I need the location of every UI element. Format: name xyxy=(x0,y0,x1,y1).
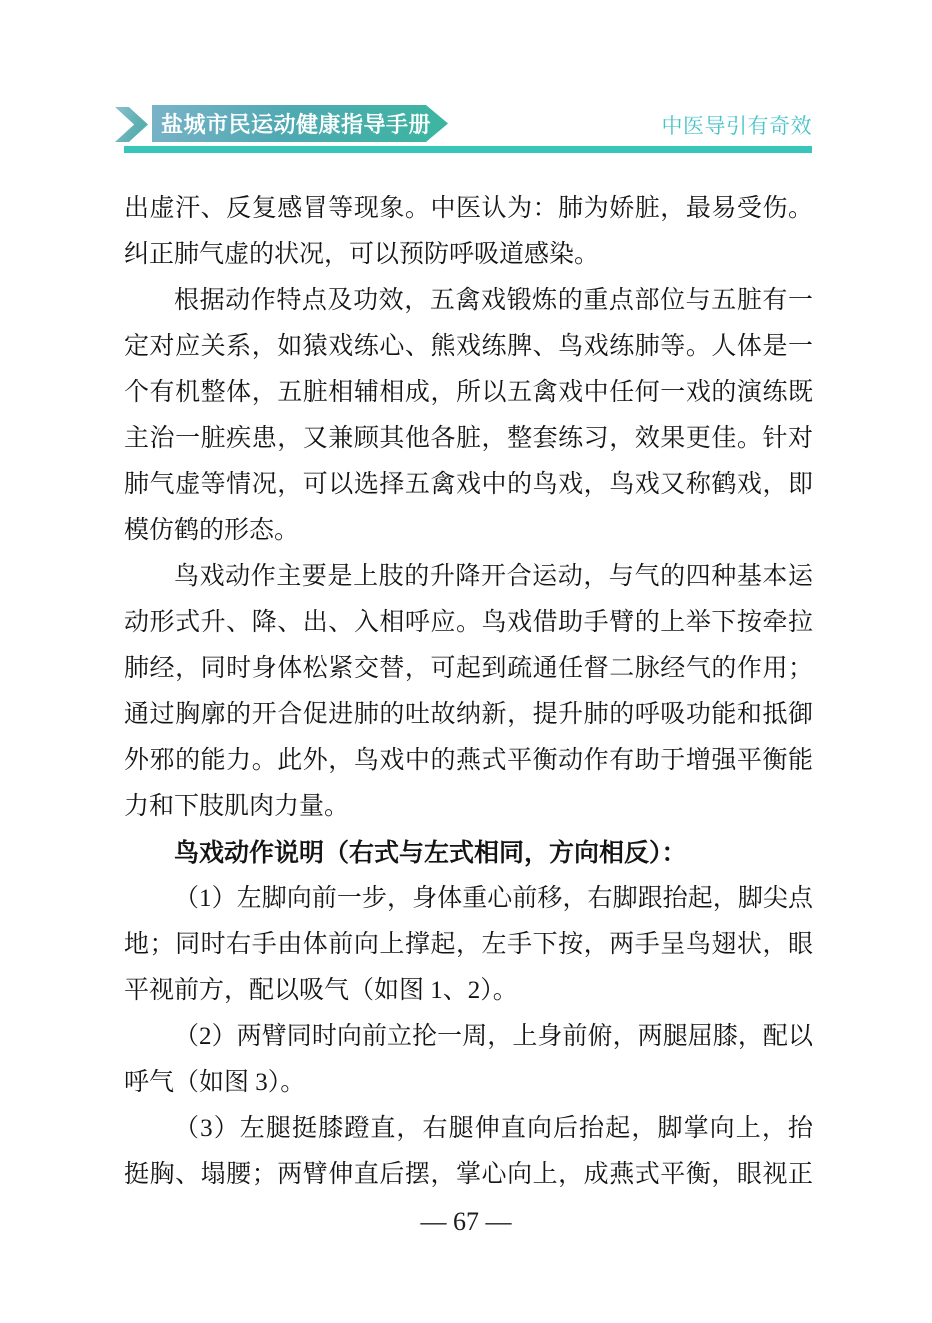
text-line: （2）两臂同时向前立抡一周，上身前俯，两腿屈膝，配以 xyxy=(124,1014,813,1060)
page-number: — 67 — xyxy=(421,1207,512,1236)
manual-title-banner: 盐城市民运动健康指导手册 xyxy=(152,105,448,142)
header-rule xyxy=(124,146,812,153)
text-line: 动形式升、降、出、入相呼应。鸟戏借助手臂的上举下按牵拉 xyxy=(124,600,813,646)
text-line: 个有机整体，五脏相辅相成，所以五禽戏中任何一戏的演练既 xyxy=(124,370,813,416)
text-line: 地；同时右手由体前向上撑起，左手下按，两手呈鸟翅状，眼 xyxy=(124,922,813,968)
text-line: 模仿鹤的形态。 xyxy=(124,508,813,554)
text-line: 纠正肺气虚的状况，可以预防呼吸道感染。 xyxy=(124,232,813,278)
text-line: 根据动作特点及功效，五禽戏锻炼的重点部位与五脏有一 xyxy=(124,278,813,324)
text-line: （1）左脚向前一步，身体重心前移，右脚跟抬起，脚尖点 xyxy=(124,876,813,922)
text-line: 定对应关系，如猿戏练心、熊戏练脾、鸟戏练肺等。人体是一 xyxy=(124,324,813,370)
text-line: （3）左腿挺膝蹬直，右腿伸直向后抬起，脚掌向上，抬头、 xyxy=(124,1106,813,1152)
text-line: 力和下肢肌肉力量。 xyxy=(124,784,813,830)
page-footer: — 67 — xyxy=(0,1207,932,1237)
section-heading: 鸟戏动作说明（右式与左式相同，方向相反）： xyxy=(124,830,813,876)
text-line: 肺气虚等情况，可以选择五禽戏中的鸟戏，鸟戏又称鹤戏，即 xyxy=(124,462,813,508)
text-line: 肺经，同时身体松紧交替，可起到疏通任督二脉经气的作用； xyxy=(124,646,813,692)
text-line: 鸟戏动作主要是上肢的升降开合运动，与气的四种基本运 xyxy=(124,554,813,600)
text-line: 通过胸廓的开合促进肺的吐故纳新，提升肺的呼吸功能和抵御 xyxy=(124,692,813,738)
text-line: 平视前方，配以吸气（如图 1、2）。 xyxy=(124,968,813,1014)
banner-chevron-icon xyxy=(115,107,148,142)
text-line: 外邪的能力。此外，鸟戏中的燕式平衡动作有助于增强平衡能 xyxy=(124,738,813,784)
text-line: 挺胸、塌腰；两臂伸直后摆，掌心向上，成燕式平衡，眼视正 xyxy=(124,1152,813,1198)
text-line: 呼气（如图 3）。 xyxy=(124,1060,813,1106)
text-line: 出虚汗、反复感冒等现象。中医认为：肺为娇脏，最易受伤。 xyxy=(124,186,813,232)
manual-title: 盐城市民运动健康指导手册 xyxy=(152,108,431,139)
document-page: 盐城市民运动健康指导手册 中医导引有奇效 出虚汗、反复感冒等现象。中医认为：肺为… xyxy=(0,0,932,1323)
text-line: 主治一脏疾患，又兼顾其他各脏，整套练习，效果更佳。针对 xyxy=(124,416,813,462)
body-text: 出虚汗、反复感冒等现象。中医认为：肺为娇脏，最易受伤。纠正肺气虚的状况，可以预防… xyxy=(124,186,813,1198)
chapter-title: 中医导引有奇效 xyxy=(662,112,813,142)
